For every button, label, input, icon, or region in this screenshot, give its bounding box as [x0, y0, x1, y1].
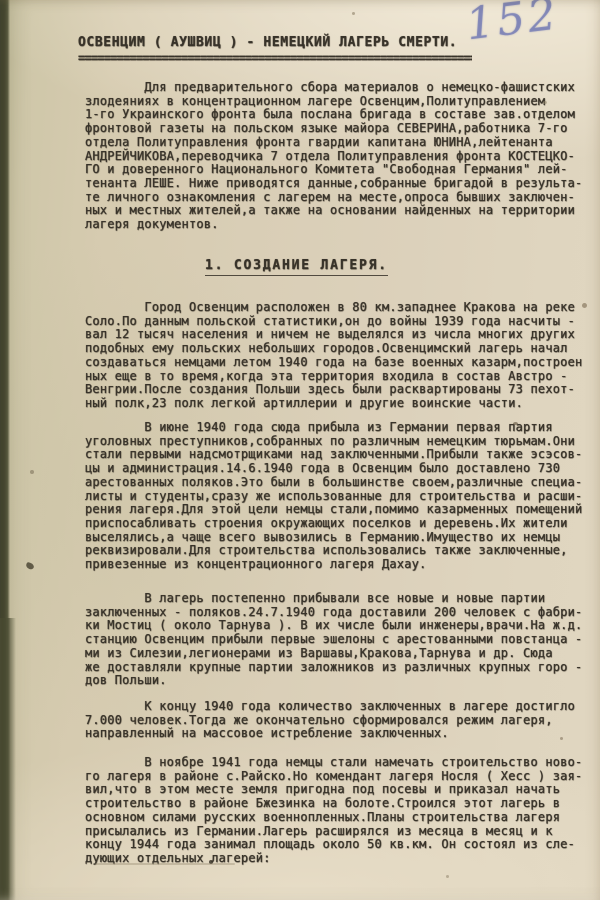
intro-paragraph: Для предварительного сбора материалов о … [85, 81, 592, 232]
paper-mark [25, 562, 35, 570]
section-heading: 1. СОЗДАНИЕ ЛАГЕРЯ. [205, 259, 388, 276]
paper-speck [30, 470, 34, 474]
scanned-document-page: 152 ОСВЕНЦИМ ( АУШВИЦ ) - НЕМЕЦКИЙ ЛАГЕР… [0, 0, 600, 900]
scan-edge-strip-bottom [0, 618, 16, 900]
paragraph-camp-expansion: В ноябре 1941 года немцы стали намечать … [85, 756, 592, 866]
paper-speck [352, 12, 355, 15]
paragraph-camp-location: Город Освенцим расположен в 80 км.западн… [85, 301, 592, 411]
title-underline: ========================================… [78, 51, 472, 65]
paragraph-first-prisoners: В июне 1940 года сюда прибыла из Германи… [85, 421, 592, 572]
paragraph-new-arrivals: В лагерь постепенно прибывали все новые … [85, 592, 592, 688]
document-title: ОСВЕНЦИМ ( АУШВИЦ ) - НЕМЕЦКИЙ ЛАГЕРЬ СМ… [78, 36, 457, 50]
paragraph-end-of-1940: К концу 1940 года количество заключенных… [85, 700, 592, 741]
handwritten-page-number: 152 [463, 0, 562, 50]
paper-speck [446, 875, 449, 878]
